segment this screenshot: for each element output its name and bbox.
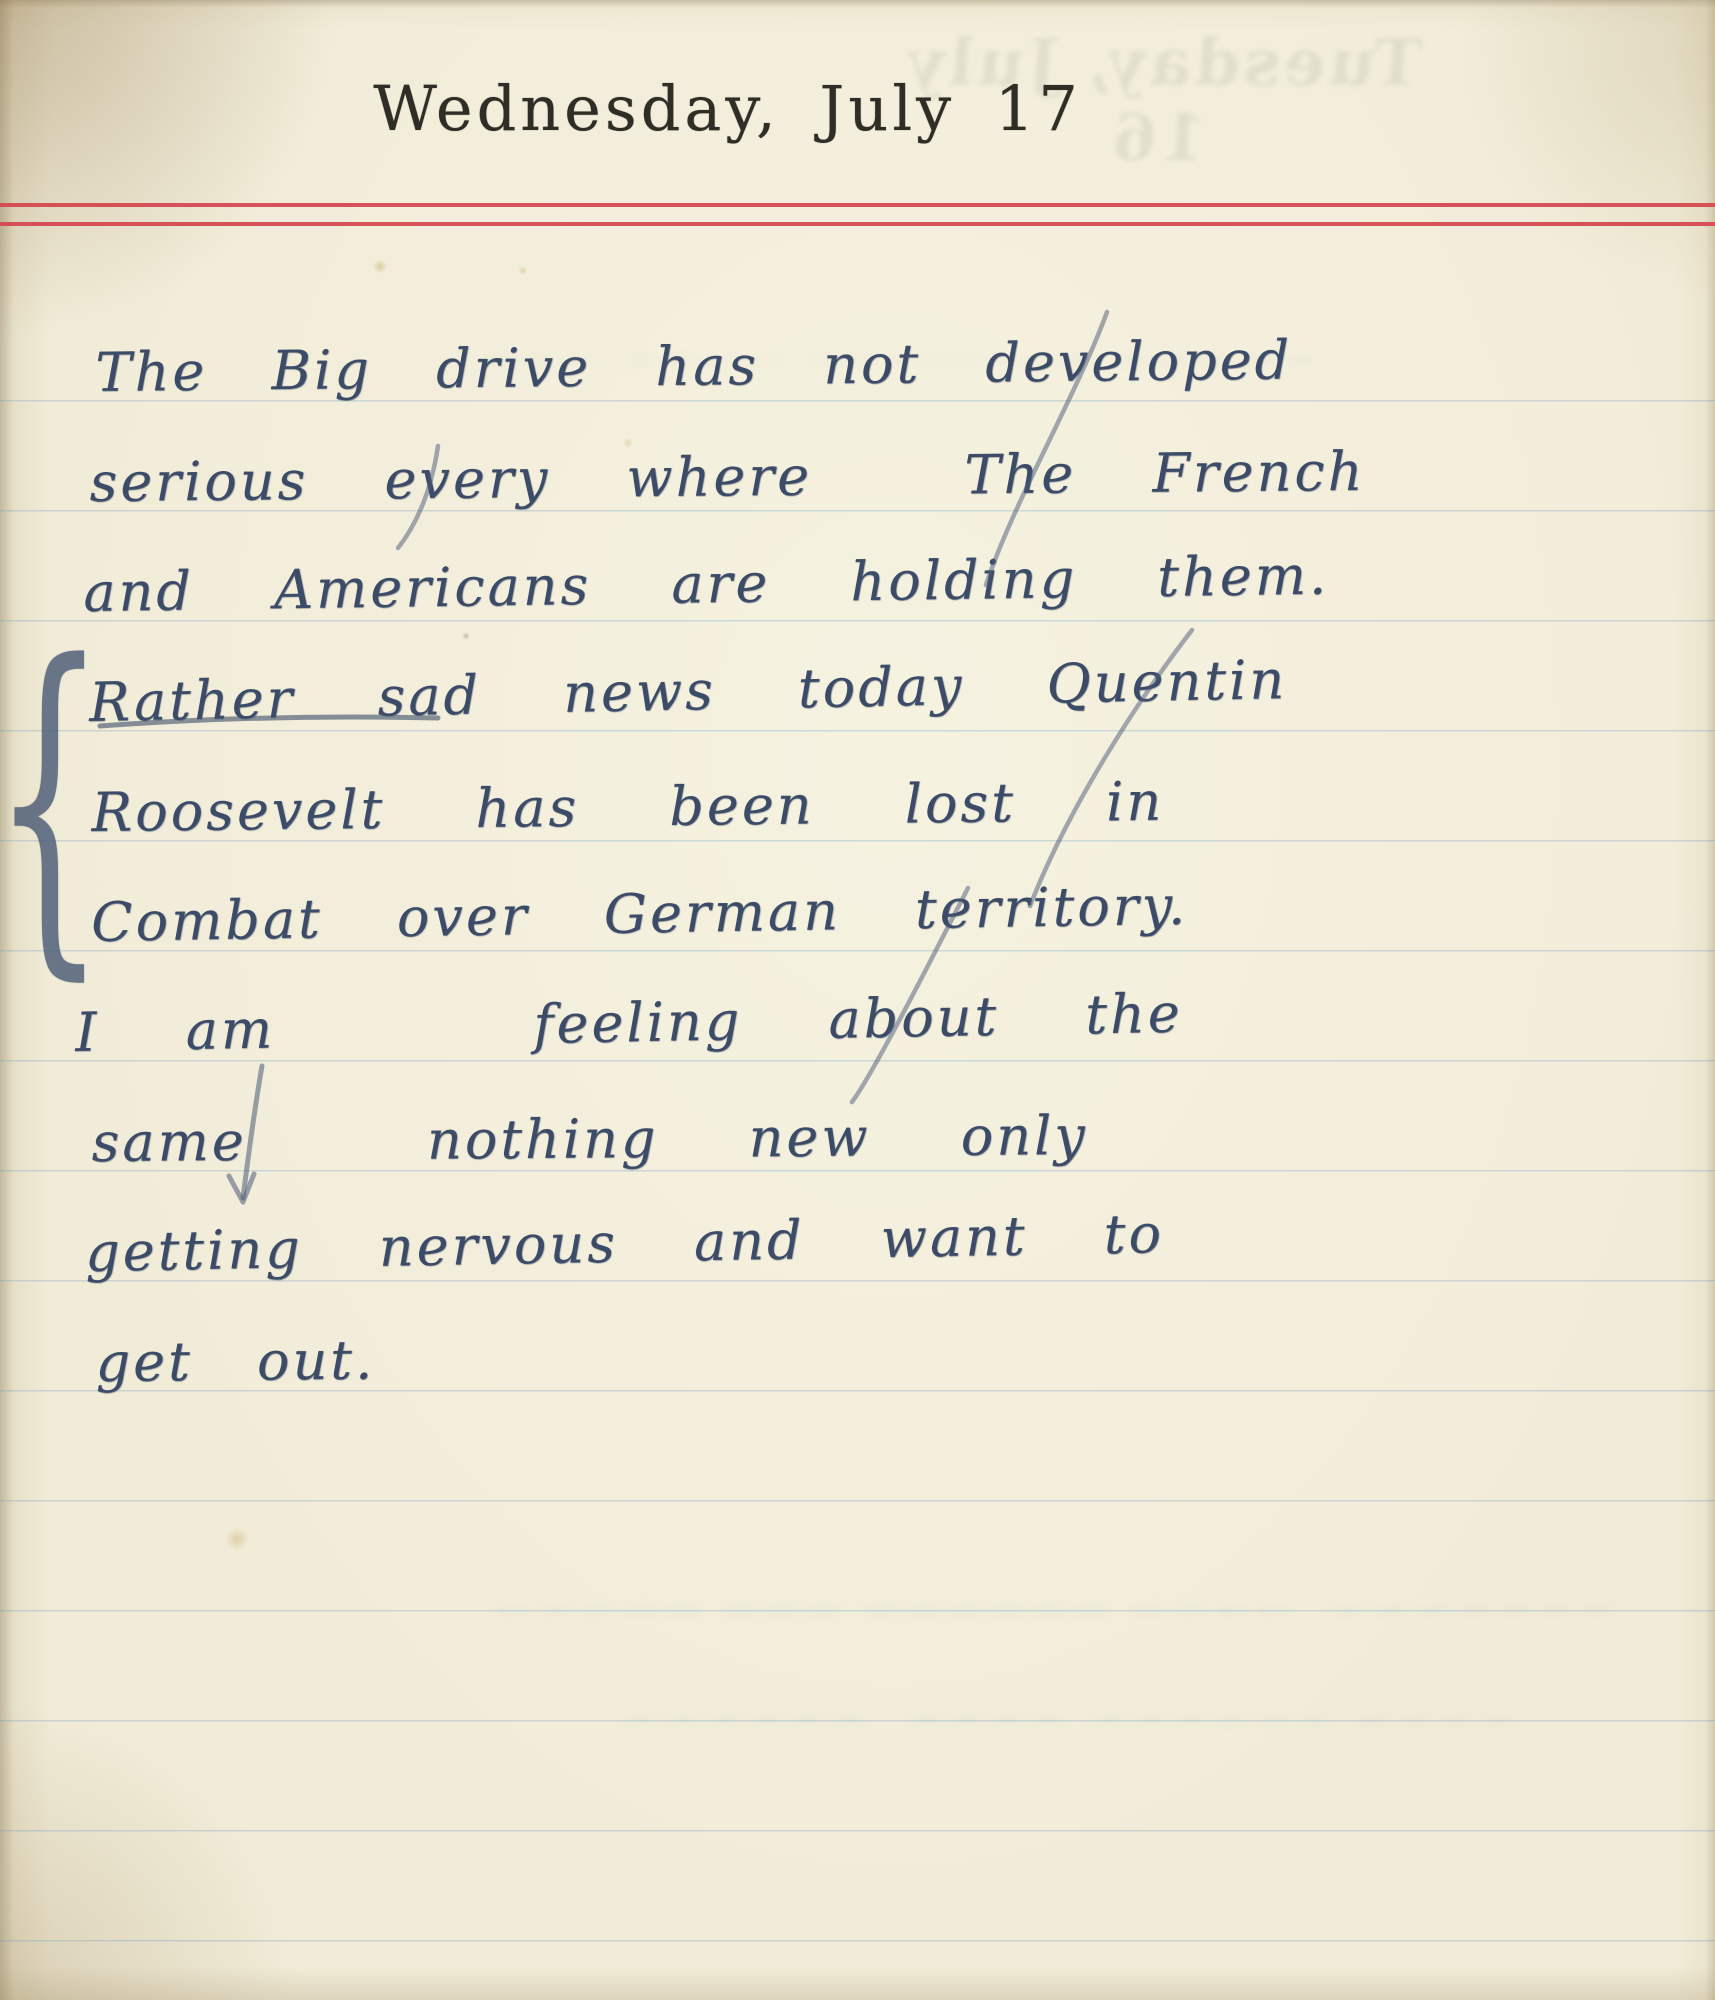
paper-stain — [372, 260, 388, 273]
bleed-through-smudge: ~~~~ ~~~~~~ ~~~~ ~~~~~~ — [120, 1690, 1520, 1748]
paper-stain — [462, 632, 470, 640]
paper-stain — [224, 1528, 250, 1550]
bleed-through-smudge: ~~~~~ ~~~~~~~ ~~~~ ~~~ — [220, 330, 1320, 388]
paper-stain — [622, 438, 634, 448]
bleed-through-smudge: ~~~~~~~ ~~~~ ~~~~~~ ~~~ ~~~~~ — [60, 1580, 1620, 1638]
paper-stain — [518, 266, 528, 275]
